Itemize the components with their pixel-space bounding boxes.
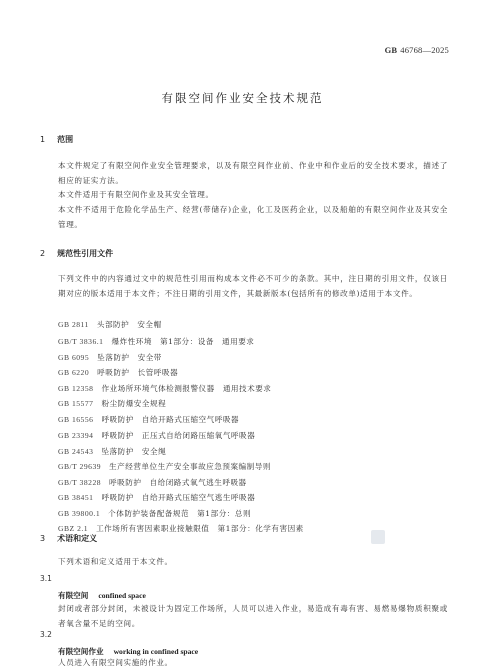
reference-item: GB 38451呼吸防护 自给开路式压缩空气逃生呼吸器: [58, 492, 255, 503]
standard-prefix: GB: [385, 45, 398, 55]
standard-code: 46768—2025: [400, 45, 449, 55]
section-3-heading: 3术语和定义: [40, 533, 97, 544]
section-1-paragraph-2: 本文件适用于有限空间作业及其安全管理。: [40, 188, 448, 203]
term-number: 3.2: [40, 630, 52, 639]
reference-item: GB 16556呼吸防护 自给开路式压缩空气呼吸器: [58, 414, 239, 425]
term-definition: 人员进入有限空间实施的作业。: [40, 656, 448, 671]
standard-number: GB46768—2025: [385, 45, 449, 55]
reference-item: GB 24543坠落防护 安全绳: [58, 446, 166, 457]
section-1-paragraph-3: 本文件不适用于危险化学品生产、经营(带储存)企业，化工及医药企业，以及船舶的有限…: [40, 203, 448, 232]
reference-item: GB 6095坠落防护 安全带: [58, 352, 162, 363]
reference-item: GB/T 29639生产经营单位生产安全事故应急预案编制导则: [58, 461, 271, 472]
reference-item: GB 12358作业场所环境气体检测报警仪器 通用技术要求: [58, 383, 271, 394]
section-2-heading: 2规范性引用文件: [40, 248, 113, 259]
section-2-paragraph-1: 下列文件中的内容通过文中的规范性引用而构成本文件必不可少的条款。其中，注日期的引…: [40, 272, 448, 301]
reference-item: GB 15577粉尘防爆安全规程: [58, 398, 166, 409]
reference-item: GB 2811头部防护 安全帽: [58, 319, 162, 330]
term-name: 有限空间confined space: [58, 590, 146, 601]
reference-item: GB/T 38228呼吸防护 自给闭路式氧气逃生呼吸器: [58, 477, 247, 488]
term-definition: 封闭或者部分封闭，未被设计为固定工作场所，人员可以进入作业，易造成有毒有害、易燃…: [40, 602, 448, 631]
section-1-paragraph-1: 本文件规定了有限空间作业安全管理要求，以及有限空间作业前、作业中和作业后的安全技…: [40, 159, 448, 188]
reference-item: GB 6220呼吸防护 长管呼吸器: [58, 367, 178, 378]
document-title: 有限空间作业安全技术规范: [0, 90, 485, 106]
watermark-icon: [371, 530, 385, 544]
section-1-heading: 1范围: [40, 134, 73, 145]
reference-item: GB 23394呼吸防护 正压式自给闭路压缩氧气呼吸器: [58, 430, 255, 441]
reference-item: GB/T 3836.1爆炸性环境 第1部分：设备 通用要求: [58, 336, 254, 347]
section-3-paragraph-1: 下列术语和定义适用于本文件。: [40, 555, 448, 570]
reference-item: GB 39800.1个体防护装备配备规范 第1部分：总则: [58, 508, 251, 519]
term-number: 3.1: [40, 574, 52, 583]
